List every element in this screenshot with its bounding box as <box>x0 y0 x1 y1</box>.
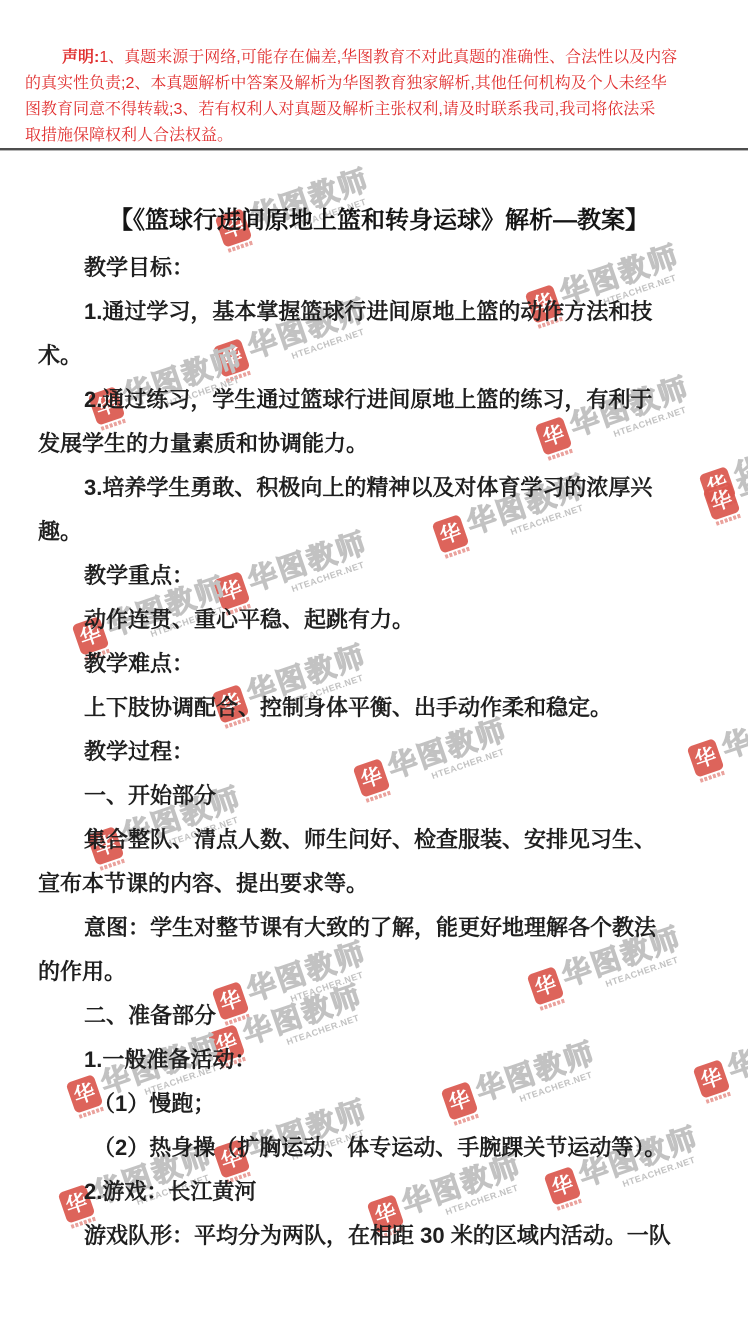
disclaimer-line: 声明:1、真题来源于网络,可能存在偏差,华图教育不对此真题的准确性、合法性以及内… <box>25 45 725 71</box>
doc-line: 动作连贯、重心平稳、起跳有力。 <box>38 598 720 642</box>
doc-line: 上下肢协调配合、控制身体平衡、出手动作柔和稳定。 <box>38 686 720 730</box>
doc-line: 教学重点： <box>38 554 720 598</box>
doc-line: （2）热身操（扩胸运动、体专运动、手腕踝关节运动等）。 <box>38 1126 720 1170</box>
disclaimer-line: 图教育同意不得转载;3、若有权利人对真题及解析主张权利,请及时联系我司,我司将依… <box>25 97 725 123</box>
lesson-plan-body: 【《篮球行进间原地上篮和转身运球》解析—教案】 教学目标： 1.通过学习，基本掌… <box>38 196 720 1258</box>
disclaimer-line: 取措施保障权利人合法权益。 <box>25 123 725 149</box>
doc-line: 游戏队形：平均分为两队，在相距 30 米的区域内活动。一队 <box>38 1214 720 1258</box>
doc-line: 的作用。 <box>38 950 720 994</box>
doc-line: 1.一般准备活动： <box>38 1038 720 1082</box>
doc-line: 1.通过学习，基本掌握篮球行进间原地上篮的动作方法和技 <box>38 290 720 334</box>
content-layer: 声明:1、真题来源于网络,可能存在偏差,华图教育不对此真题的准确性、合法性以及内… <box>0 0 748 1335</box>
doc-line: （1）慢跑； <box>38 1082 720 1126</box>
document-page: 华华图教师HTEACHER.NET华华图教师HTEACHER.NET华华图教师H… <box>0 0 748 1335</box>
disclaimer: 声明:1、真题来源于网络,可能存在偏差,华图教育不对此真题的准确性、合法性以及内… <box>25 45 725 149</box>
doc-line: 一、开始部分 <box>38 774 720 818</box>
doc-line: 宣布本节课的内容、提出要求等。 <box>38 862 720 906</box>
doc-line: 教学目标： <box>38 246 720 290</box>
disclaimer-line: 的真实性负责;2、本真题解析中答案及解析为华图教育独家解析,其他任何机构及个人未… <box>25 71 725 97</box>
doc-line: 3.培养学生勇敢、积极向上的精神以及对体育学习的浓厚兴 <box>38 466 720 510</box>
doc-line: 集合整队、清点人数、师生问好、检查服装、安排见习生、 <box>38 818 720 862</box>
section-divider <box>0 148 748 151</box>
disclaimer-label: 声明: <box>62 49 99 66</box>
doc-line: 二、准备部分 <box>38 994 720 1038</box>
doc-line: 教学过程： <box>38 730 720 774</box>
document-title: 【《篮球行进间原地上篮和转身运球》解析—教案】 <box>38 196 720 246</box>
doc-line: 2.通过练习，学生通过篮球行进间原地上篮的练习，有利于 <box>38 378 720 422</box>
doc-line: 发展学生的力量素质和协调能力。 <box>38 422 720 466</box>
doc-line: 趣。 <box>38 510 720 554</box>
doc-line: 意图：学生对整节课有大致的了解，能更好地理解各个教法 <box>38 906 720 950</box>
doc-line: 2.游戏：长江黄河 <box>38 1170 720 1214</box>
doc-line: 术。 <box>38 334 720 378</box>
doc-line: 教学难点： <box>38 642 720 686</box>
disclaimer-text: 1、真题来源于网络,可能存在偏差,华图教育不对此真题的准确性、合法性以及内容 <box>99 49 677 66</box>
